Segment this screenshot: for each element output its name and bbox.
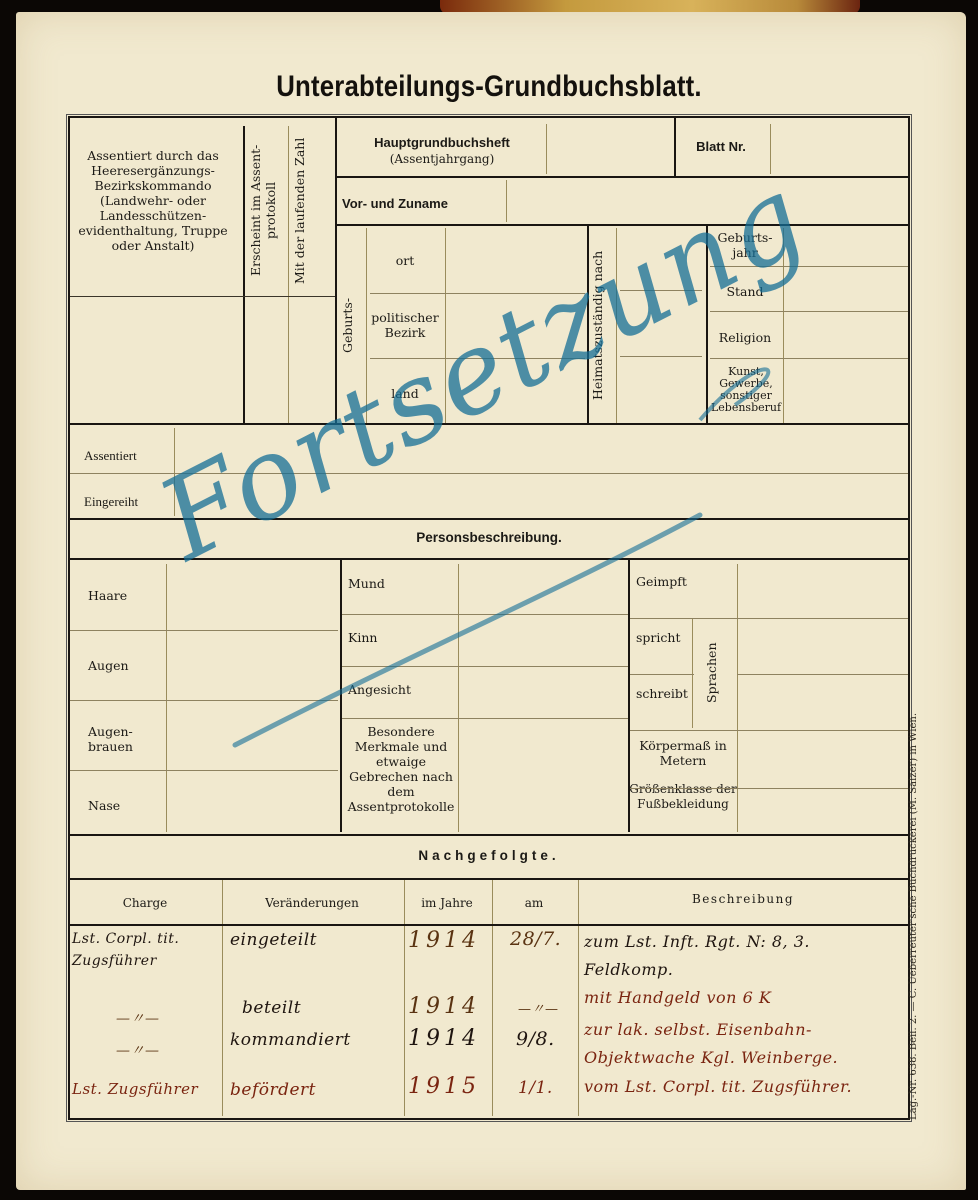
printer-imprint: Lag.-Nr. 638. Beil. 2. — C. Ueberreuter'… [908, 590, 919, 1120]
stamp-underline [0, 0, 978, 1200]
